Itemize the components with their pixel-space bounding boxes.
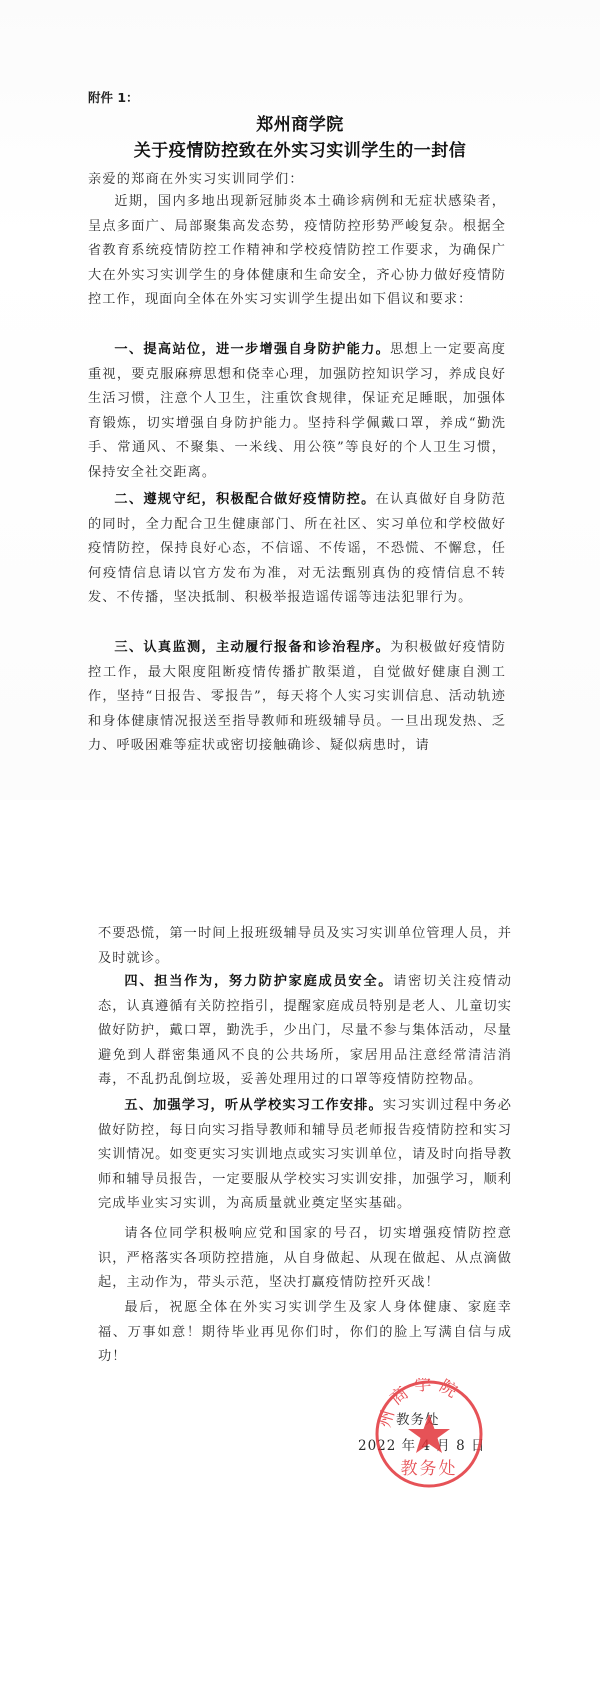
section-4-paragraph: 四、担当作为，努力防护家庭成员安全。请密切关注疫情动态，认真遵循有关防控指引，提…	[98, 970, 512, 1093]
svg-text:州商学院: 州商学院	[375, 1378, 466, 1430]
official-seal-stamp: 州商学院 教务处	[373, 1378, 485, 1490]
svg-text:教务处: 教务处	[401, 1459, 458, 1479]
section-2-body: 在认真做好自身防范的同时，全力配合卫生健康部门、所在社区、实习单位和学校做好疫情…	[88, 492, 506, 605]
intro-paragraph: 近期，国内多地出现新冠肺炎本土确诊病例和无症状感染者，呈点多面广、局部聚集高发态…	[88, 190, 506, 313]
document-title-institution: 郑州商学院	[0, 110, 600, 135]
section-3-body: 为积极做好疫情防控工作，最大限度阻断疫情传播扩散渠道，自觉做好健康自测工作，坚持…	[88, 640, 506, 753]
section-5-heading: 五、加强学习，听从学校实习工作安排。	[124, 1098, 382, 1113]
appeal-paragraph: 请各位同学积极响应党和国家的号召，切实增强疫情防控意识，严格落实各项防控措施，从…	[98, 1222, 512, 1296]
section-3-paragraph: 三、认真监测，主动履行报备和诊治程序。为积极做好疫情防控工作，最大限度阻断疫情传…	[88, 636, 506, 759]
section-1-body: 思想上一定要高度重视，要克服麻痹思想和侥幸心理，加强防控知识学习，养成良好生活习…	[88, 342, 506, 480]
section-4-heading: 四、担当作为，努力防护家庭成员安全。	[124, 974, 393, 989]
star-icon	[408, 1414, 450, 1453]
closing-paragraph: 最后，祝愿全体在外实习实训学生及家人身体健康、家庭幸福、万事如意！期待毕业再见你…	[98, 1296, 512, 1370]
section-1-paragraph: 一、提高站位，进一步增强自身防护能力。思想上一定要高度重视，要克服麻痹思想和侥幸…	[88, 338, 506, 486]
section-3-heading: 三、认真监测，主动履行报备和诊治程序。	[114, 640, 390, 655]
section-2-heading: 二、遵规守纪，积极配合做好疫情防控。	[114, 492, 375, 507]
section-5-body: 实习实训过程中务必做好防控，每日向实习指导教师和辅导员老师报告疫情防控和实习实训…	[98, 1098, 512, 1211]
section-4-body: 请密切关注疫情动态，认真遵循有关防控指引，提醒家庭成员特别是老人、儿童切实做好防…	[98, 974, 512, 1087]
section-3-continuation: 不要恐慌，第一时间上报班级辅导员及实习实训单位管理人员，并及时就诊。	[98, 922, 512, 971]
attachment-label: 附件 1：	[88, 88, 139, 106]
section-2-paragraph: 二、遵规守纪，积极配合做好疫情防控。在认真做好自身防范的同时，全力配合卫生健康部…	[88, 488, 506, 611]
section-1-heading: 一、提高站位，进一步增强自身防护能力。	[114, 342, 390, 357]
document-title: 关于疫情防控致在外实习实训学生的一封信	[0, 136, 600, 161]
section-5-paragraph: 五、加强学习，听从学校实习工作安排。实习实训过程中务必做好防控，每日向实习指导教…	[98, 1094, 512, 1217]
scanned-page-1: 附件 1： 郑州商学院 关于疫情防控致在外实习实训学生的一封信 亲爱的郑商在外实…	[0, 0, 600, 800]
salutation: 亲爱的郑商在外实习实训同学们：	[88, 168, 304, 187]
